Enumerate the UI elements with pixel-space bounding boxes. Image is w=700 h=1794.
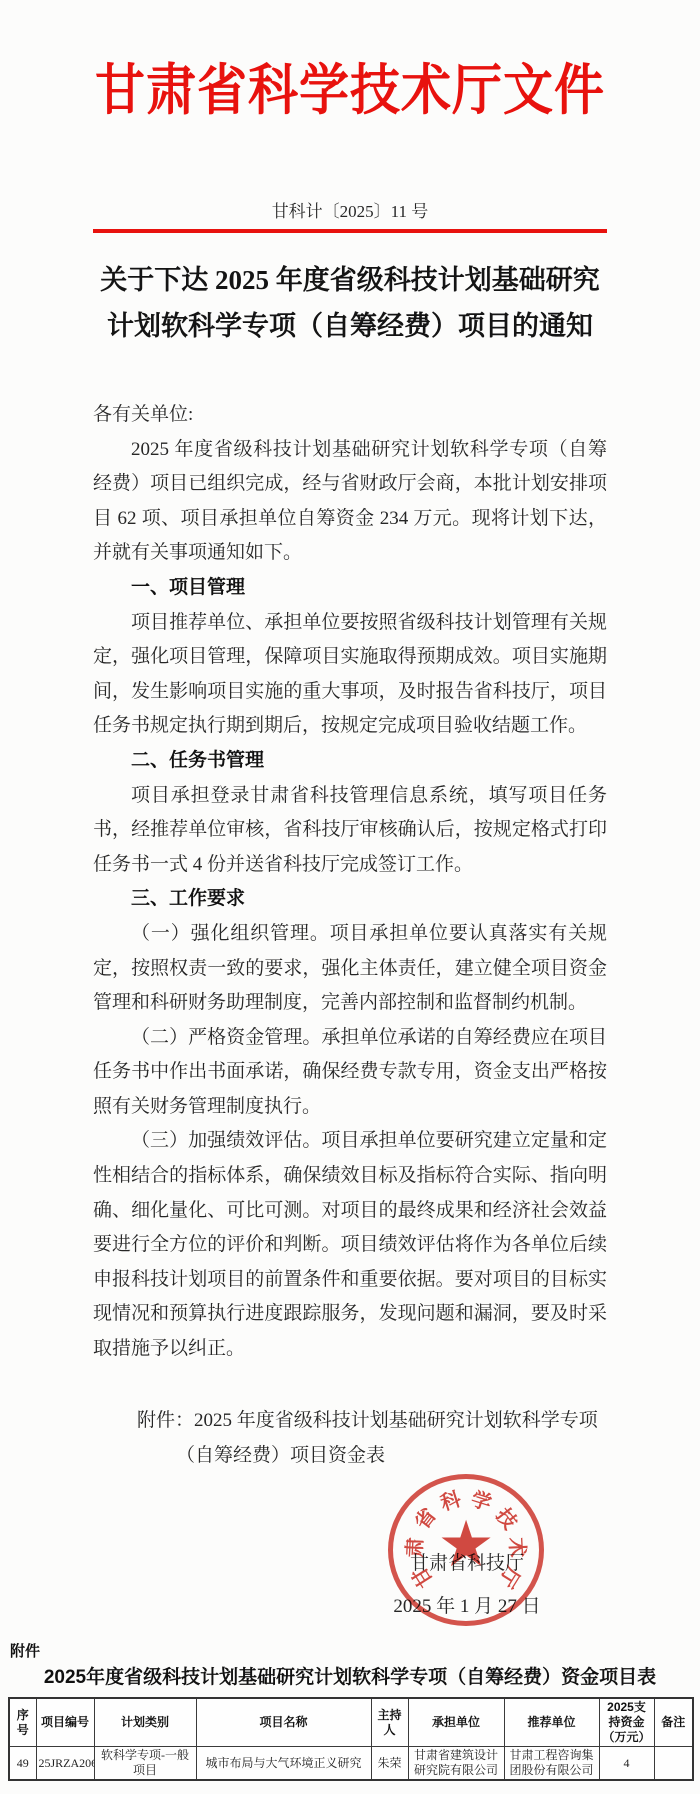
signature-block: 甘肃省科技厅 2025 年 1 月 27 日 (361, 1548, 573, 1618)
intro-paragraph: 2025 年度省级科技计划基础研究计划软科学专项（自筹经费）项目已组织完成，经与… (93, 433, 607, 571)
col-header-support-fund: 2025支持资金（万元） (599, 1698, 654, 1747)
cell-plan-category: 软科学专项-一般项目 (94, 1747, 196, 1781)
col-header-project-no: 项目编号 (36, 1698, 94, 1747)
appendix-label: 附件 (10, 1640, 40, 1661)
section-1-heading: 一、项目管理 (93, 571, 607, 606)
cell-undertaker: 甘肃省建筑设计研究院有限公司 (408, 1747, 504, 1781)
cell-leader: 朱荣 (371, 1747, 408, 1781)
col-header-project-name: 项目名称 (196, 1698, 371, 1747)
section-2-heading: 二、任务书管理 (93, 744, 607, 779)
red-divider (93, 229, 607, 233)
section-2-paragraph: 项目承担登录甘肃省科技管理信息系统，填写项目任务书，经推荐单位审核，省科技厅审核… (93, 779, 607, 883)
col-header-recommender: 推荐单位 (504, 1698, 599, 1747)
attachment-note-line2: （自筹经费）项目资金表 (137, 1438, 607, 1473)
attachment-note: 附件：2025 年度省级科技计划基础研究计划软科学专项 （自筹经费）项目资金表 (137, 1403, 607, 1473)
col-header-leader: 主持人 (371, 1698, 408, 1747)
org-title: 甘肃省科学技术厅文件 (0, 46, 700, 125)
cell-project-name: 城市布局与大气环境正义研究 (196, 1747, 371, 1781)
col-header-remark: 备注 (654, 1698, 693, 1747)
funding-table: 序号 项目编号 计划类别 项目名称 主持人 承担单位 推荐单位 2025支持资金… (8, 1697, 694, 1781)
col-header-undertaker: 承担单位 (408, 1698, 504, 1747)
cell-recommender: 甘肃工程咨询集团股份有限公司 (504, 1747, 599, 1781)
section-3-paragraph-1: （一）强化组织管理。项目承担单位要认真落实有关规定，按照权责一致的要求，强化主体… (93, 917, 607, 1021)
appendix-table-title: 2025年度省级科技计划基础研究计划软科学专项（自筹经费）资金项目表 (0, 1662, 700, 1689)
col-header-seq: 序号 (9, 1698, 36, 1747)
doc-title: 关于下达 2025 年度省级科技计划基础研究 计划软科学专项（自筹经费）项目的通… (0, 257, 700, 349)
col-header-plan-category: 计划类别 (94, 1698, 196, 1747)
cell-project-no: 25JRZA206 (36, 1747, 94, 1781)
signature-agency: 甘肃省科技厅 (361, 1548, 573, 1575)
document-body: 各有关单位: 2025 年度省级科技计划基础研究计划软科学专项（自筹经费）项目已… (93, 398, 607, 1367)
doc-number: 甘科计〔2025〕11 号 (0, 197, 700, 222)
table-row: 49 25JRZA206 软科学专项-一般项目 城市布局与大气环境正义研究 朱荣… (9, 1747, 693, 1781)
salutation: 各有关单位: (93, 398, 607, 433)
doc-title-line1: 关于下达 2025 年度省级科技计划基础研究 (0, 257, 700, 303)
section-3-paragraph-3: （三）加强绩效评估。项目承担单位要研究建立定量和定性相结合的指标体系，确保绩效目… (93, 1124, 607, 1366)
cell-remark (654, 1747, 693, 1781)
cell-seq: 49 (9, 1747, 36, 1781)
section-1-paragraph: 项目推荐单位、承担单位要按照省级科技计划管理有关规定，强化项目管理，保障项目实施… (93, 606, 607, 744)
document-page: 甘肃省科学技术厅文件 甘科计〔2025〕11 号 关于下达 2025 年度省级科… (0, 0, 700, 1794)
cell-support-fund: 4 (599, 1747, 654, 1781)
table-header-row: 序号 项目编号 计划类别 项目名称 主持人 承担单位 推荐单位 2025支持资金… (9, 1698, 693, 1747)
doc-title-line2: 计划软科学专项（自筹经费）项目的通知 (0, 303, 700, 349)
section-3-paragraph-2: （二）严格资金管理。承担单位承诺的自筹经费应在项目任务书中作出书面承诺，确保经费… (93, 1021, 607, 1125)
signature-date: 2025 年 1 月 27 日 (361, 1591, 573, 1618)
section-3-heading: 三、工作要求 (93, 882, 607, 917)
attachment-note-line1: 附件：2025 年度省级科技计划基础研究计划软科学专项 (137, 1403, 607, 1438)
